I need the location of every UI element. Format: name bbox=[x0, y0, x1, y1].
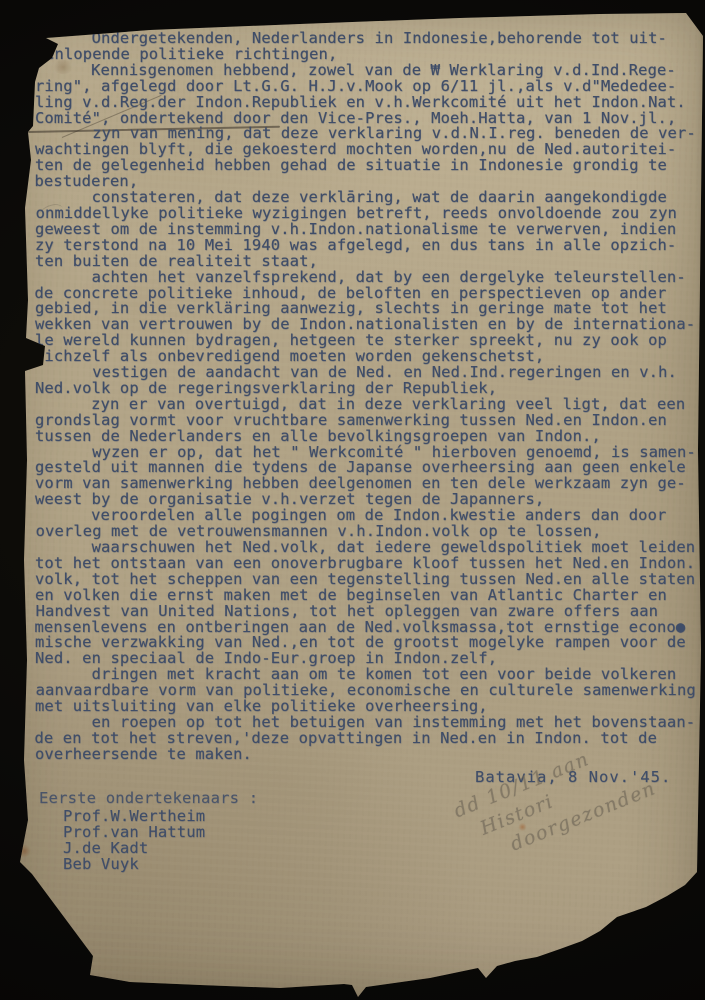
document-line: de concrete politieke inhoud, de belofte… bbox=[35, 286, 695, 302]
document-line: vestigen de aandacht van de Ned. en Ned.… bbox=[36, 365, 696, 381]
document-line: bestuderen, bbox=[35, 174, 695, 190]
document-line: Kennisgenomen hebbend, zowel van de ₩ We… bbox=[35, 63, 695, 79]
document-line: mensenlevens en ontberingen aan de Ned.v… bbox=[35, 620, 695, 636]
signatory-name: J.de Kadt bbox=[63, 840, 205, 856]
document-line: aanvaardbare vorm van politieke, economi… bbox=[36, 683, 696, 699]
stain bbox=[16, 845, 32, 857]
photo-background: Ondergetekenden, Nederlanders in Indones… bbox=[0, 0, 705, 1000]
closing-line: Eerste ondertekenaars : bbox=[39, 789, 258, 807]
document-line: zyn er van overtuigd, dat in deze verkla… bbox=[35, 397, 695, 413]
document-paper: Ondergetekenden, Nederlanders in Indones… bbox=[0, 0, 705, 1000]
typewritten-body: Ondergetekenden, Nederlanders in Indones… bbox=[35, 31, 695, 763]
document-line: zyn van mening, dat deze verklaring v.d.… bbox=[36, 126, 696, 142]
document-line: wyzen er op, dat het " Werkcomité " hier… bbox=[36, 445, 696, 461]
signatory-name: Beb Vuyk bbox=[63, 856, 205, 872]
document-line: overleg met de vetrouwensmannen v.h.Indo… bbox=[36, 524, 696, 540]
signatory-name: Prof.W.Wertheim bbox=[63, 808, 205, 824]
document-line: onmiddellyke politieke wyzigingen betref… bbox=[36, 206, 696, 222]
signatory-name: Prof.van Hattum bbox=[63, 824, 205, 840]
signatories-list: Prof.W.WertheimProf.van HattumJ.de KadtB… bbox=[63, 808, 205, 872]
